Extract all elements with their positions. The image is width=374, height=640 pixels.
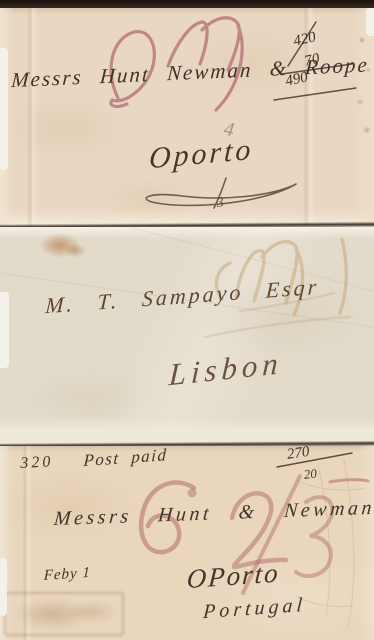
ink-sum-lines bbox=[0, 8, 374, 226]
weight-mark-3: 3 bbox=[216, 195, 225, 212]
photo-edge-sliver bbox=[0, 48, 8, 170]
photo-edge-sliver bbox=[366, 8, 374, 36]
destination-lisbon: Lisbon bbox=[168, 345, 284, 393]
photo-three-stampless-covers: 420 70 490 Messrs Hunt Newman & Roope 4 … bbox=[0, 0, 374, 640]
pink-edge-mottling bbox=[352, 22, 374, 147]
rate-under-20: 20 bbox=[303, 466, 318, 483]
destination-oporto: Oporto bbox=[148, 133, 254, 176]
manuscript-rate-420: 420 bbox=[292, 29, 318, 50]
docket-number-320: 320 bbox=[20, 453, 54, 473]
country-portugal: Portugal bbox=[202, 594, 306, 624]
oporto-underline-flourish bbox=[0, 8, 374, 226]
destination-oporto: OPorto bbox=[186, 558, 281, 596]
rust-stain bbox=[35, 230, 97, 264]
photo-edge-sliver bbox=[0, 558, 7, 616]
post-paid-note: Post paid bbox=[83, 446, 168, 471]
photo-edge-sliver bbox=[0, 292, 9, 368]
address-line-hunt-newman-roope: Messrs Hunt Newman & Roope bbox=[10, 52, 369, 93]
cover-middle-lisbon: M. T. Sampayo Esqr Lisbon bbox=[0, 227, 374, 446]
cover-bottom-oporto-portugal: 320 Post paid 270 20 Messrs Hunt & Newma… bbox=[0, 446, 374, 640]
photo-top-edge-shadow bbox=[0, 0, 374, 8]
date-note-feby-1: Feby 1 bbox=[43, 565, 91, 585]
faint-postmark bbox=[4, 592, 124, 636]
cover-top-oporto: 420 70 490 Messrs Hunt Newman & Roope 4 … bbox=[0, 8, 374, 226]
crossed-rate-270: 270 bbox=[286, 446, 311, 464]
address-line-sampayo: M. T. Sampayo Esqr bbox=[45, 274, 320, 319]
address-line-hunt-newman: Messrs Hunt & Newman bbox=[53, 497, 374, 531]
red-rate-mark-flourish bbox=[0, 8, 374, 226]
